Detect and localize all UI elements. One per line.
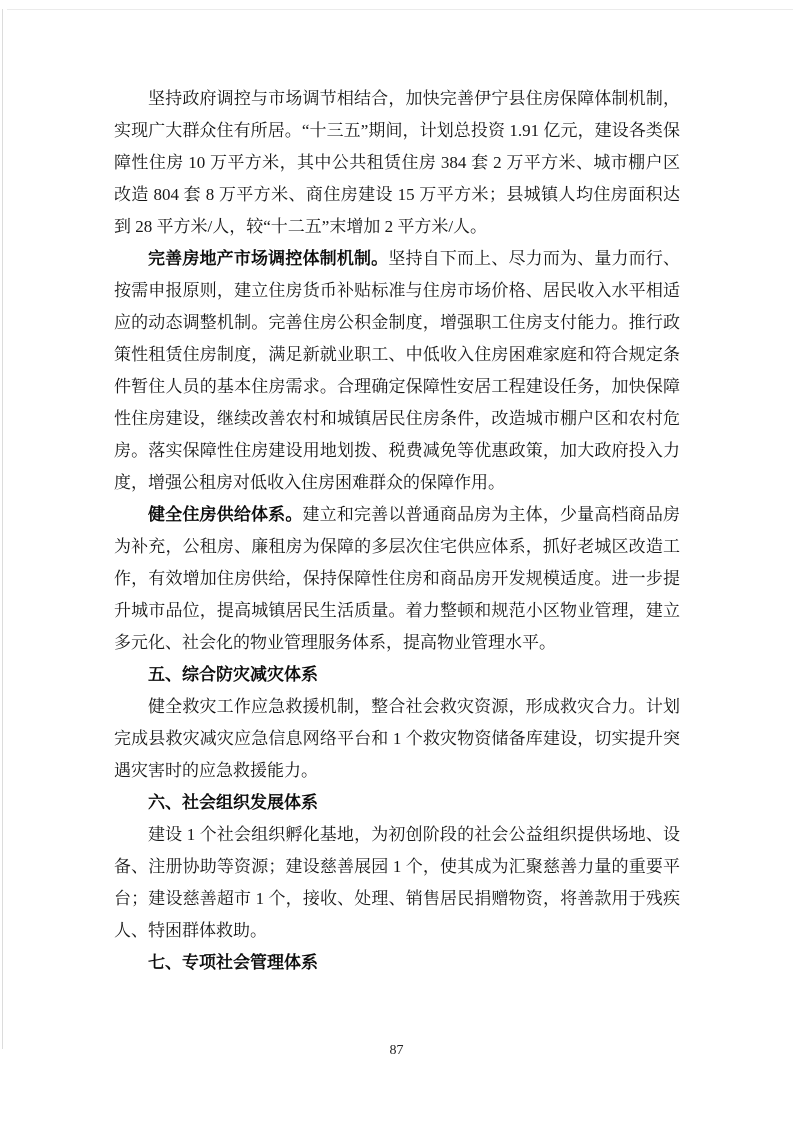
document-page: 坚持政府调控与市场调节相结合，加快完善伊宁县住房保障体制机制，实现广大群众住有所… <box>0 0 793 1122</box>
scan-artifact-left-edge <box>2 9 3 1049</box>
paragraph-disaster-relief: 健全救灾工作应急救援机制，整合社会救灾资源，形成救灾合力。计划完成县救灾减灾应急… <box>114 691 680 787</box>
paragraph-text: 坚持政府调控与市场调节相结合，加快完善伊宁县住房保障体制机制，实现广大群众住有所… <box>114 89 680 236</box>
section-heading-7-special-social-management: 七、专项社会管理体系 <box>114 947 680 979</box>
paragraph-text: 健全救灾工作应急救援机制，整合社会救灾资源，形成救灾合力。计划完成县救灾减灾应急… <box>114 697 680 780</box>
paragraph-housing-supply-system: 健全住房供给体系。建立和完善以普通商品房为主体，少量高档商品房为补充，公租房、廉… <box>114 499 680 659</box>
page-content: 坚持政府调控与市场调节相结合，加快完善伊宁县住房保障体制机制，实现广大群众住有所… <box>114 83 680 979</box>
paragraph-lead: 完善房地产市场调控体制机制。 <box>148 249 388 268</box>
paragraph-lead: 健全住房供给体系。 <box>148 505 303 524</box>
paragraph-text: 建设 1 个社会组织孵化基地，为初创阶段的社会公益组织提供场地、设备、注册协助等… <box>114 825 680 940</box>
paragraph-housing-security-overview: 坚持政府调控与市场调节相结合，加快完善伊宁县住房保障体制机制，实现广大群众住有所… <box>114 83 680 243</box>
page-number: 87 <box>0 1042 793 1060</box>
section-heading-6-social-organizations: 六、社会组织发展体系 <box>114 787 680 819</box>
section-heading-5-disaster-prevention: 五、综合防灾减灾体系 <box>114 659 680 691</box>
paragraph-real-estate-regulation: 完善房地产市场调控体制机制。坚持自下而上、尽力而为、量力而行、按需申报原则，建立… <box>114 243 680 499</box>
paragraph-text: 建立和完善以普通商品房为主体，少量高档商品房为补充，公租房、廉租房为保障的多层次… <box>114 505 680 652</box>
paragraph-text: 坚持自下而上、尽力而为、量力而行、按需申报原则，建立住房货币补贴标准与住房市场价… <box>114 249 680 492</box>
scan-artifact-top-edge <box>7 9 793 10</box>
paragraph-social-organization-development: 建设 1 个社会组织孵化基地，为初创阶段的社会公益组织提供场地、设备、注册协助等… <box>114 819 680 947</box>
